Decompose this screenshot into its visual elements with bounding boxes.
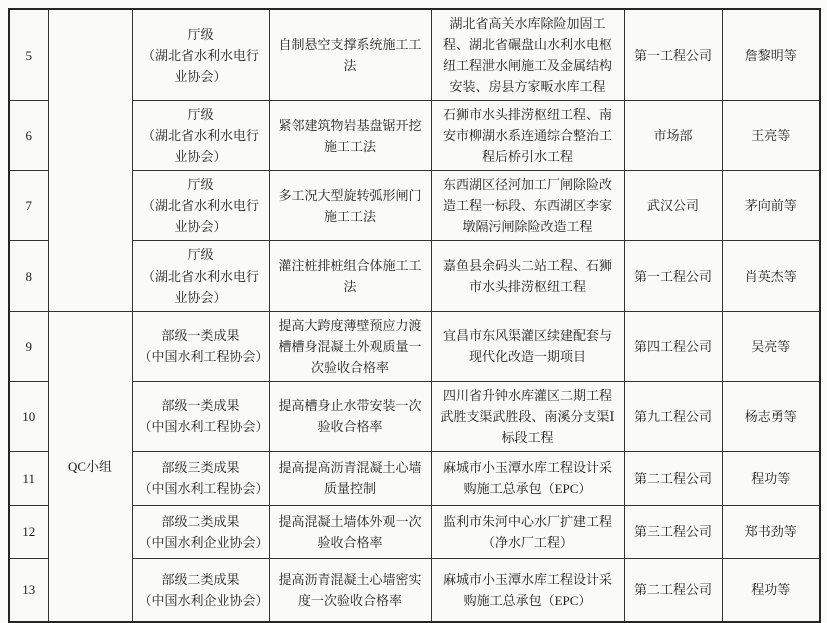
- row-number-cell: 11: [9, 451, 48, 505]
- project-cell: 东西湖区径河加工厂闸除险改造工程一标段、东西湖区李家墩隔污闸除险改造工程: [431, 171, 624, 241]
- persons-cell: 程功等: [722, 558, 820, 622]
- scanned-page: 5 厅级 （湖北省水利水电行业协会） 自制悬空支撑系统施工工法 湖北省高关水库除…: [8, 8, 819, 623]
- level-cell: 厅级 （湖北省水利水电行业协会）: [132, 101, 269, 171]
- project-cell: 石狮市水头排涝枢纽工程、南安市柳湖水系连通综合整治工程后桥引水工程: [431, 101, 624, 171]
- row-number-cell: 10: [9, 381, 48, 451]
- level-cell: 部级三类成果 （中国水利工程协会）: [132, 451, 269, 505]
- achievement-cell: 提高沥青混凝土心墙密实度一次验收合格率: [269, 558, 431, 622]
- row-number-cell: 12: [9, 505, 48, 558]
- persons-cell: 程功等: [722, 451, 820, 505]
- achievement-cell: 提高槽身止水带安装一次验收合格率: [269, 381, 431, 451]
- project-cell: 麻城市小玉潭水库工程设计采购施工总承包（EPC）: [431, 451, 624, 505]
- project-cell: 湖北省高关水库除险加固工程、湖北省碾盘山水利水电枢纽工程泄水闸施工及金属结构安装…: [431, 9, 624, 101]
- company-cell: 第三工程公司: [624, 505, 722, 558]
- company-cell: 第一工程公司: [624, 9, 722, 101]
- company-cell: 第九工程公司: [624, 381, 722, 451]
- company-cell: 第二工程公司: [624, 558, 722, 622]
- achievement-cell: 提高提高沥青混凝土心墙质量控制: [269, 451, 431, 505]
- persons-cell: 茅向前等: [722, 171, 820, 241]
- company-cell: 第四工程公司: [624, 311, 722, 381]
- achievement-cell: 紧邻建筑物岩基盘锯开挖施工工法: [269, 101, 431, 171]
- achievement-cell: 自制悬空支撑系统施工工法: [269, 9, 431, 101]
- persons-cell: 詹黎明等: [722, 9, 820, 101]
- row-number-cell: 6: [9, 101, 48, 171]
- table-row: 5 厅级 （湖北省水利水电行业协会） 自制悬空支撑系统施工工法 湖北省高关水库除…: [9, 9, 820, 101]
- project-cell: 监利市朱河中心水厂扩建工程（净水厂工程）: [431, 505, 624, 558]
- category-cell: [48, 9, 132, 311]
- achievement-cell: 提高大跨度薄壁预应力渡槽槽身混凝土外观质量一次验收合格率: [269, 311, 431, 381]
- row-number-cell: 7: [9, 171, 48, 241]
- project-cell: 宜昌市东风渠灌区续建配套与现代化改造一期项目: [431, 311, 624, 381]
- level-cell: 部级二类成果 （中国水利企业协会）: [132, 505, 269, 558]
- persons-cell: 肖英杰等: [722, 241, 820, 311]
- company-cell: 第二工程公司: [624, 451, 722, 505]
- level-cell: 厅级 （湖北省水利水电行业协会）: [132, 241, 269, 311]
- company-cell: 市场部: [624, 101, 722, 171]
- project-cell: 嘉鱼县余码头二站工程、石狮市水头排涝枢纽工程: [431, 241, 624, 311]
- level-cell: 部级一类成果 （中国水利工程协会）: [132, 311, 269, 381]
- company-cell: 第一工程公司: [624, 241, 722, 311]
- project-cell: 麻城市小玉潭水库工程设计采购施工总承包（EPC）: [431, 558, 624, 622]
- row-number-cell: 5: [9, 9, 48, 101]
- project-cell: 四川省升钟水库灌区二期工程武胜支渠武胜段、南溪分支渠Ⅰ标段工程: [431, 381, 624, 451]
- category-cell: QC小组: [48, 311, 132, 622]
- row-number-cell: 13: [9, 558, 48, 622]
- persons-cell: 杨志勇等: [722, 381, 820, 451]
- persons-cell: 吴亮等: [722, 311, 820, 381]
- level-cell: 厅级 （湖北省水利水电行业协会）: [132, 171, 269, 241]
- achievement-cell: 提高混凝土墙体外观一次验收合格率: [269, 505, 431, 558]
- level-cell: 部级一类成果 （中国水利工程协会）: [132, 381, 269, 451]
- achievement-cell: 多工况大型旋转弧形闸门施工工法: [269, 171, 431, 241]
- company-cell: 武汉公司: [624, 171, 722, 241]
- row-number-cell: 8: [9, 241, 48, 311]
- level-cell: 厅级 （湖北省水利水电行业协会）: [132, 9, 269, 101]
- row-number-cell: 9: [9, 311, 48, 381]
- achievement-cell: 灌注桩排桩组合体施工工法: [269, 241, 431, 311]
- persons-cell: 郑书劲等: [722, 505, 820, 558]
- level-cell: 部级二类成果 （中国水利企业协会）: [132, 558, 269, 622]
- awards-table: 5 厅级 （湖北省水利水电行业协会） 自制悬空支撑系统施工工法 湖北省高关水库除…: [8, 8, 821, 623]
- persons-cell: 王亮等: [722, 101, 820, 171]
- table-row: 9 QC小组 部级一类成果 （中国水利工程协会） 提高大跨度薄壁预应力渡槽槽身混…: [9, 311, 820, 381]
